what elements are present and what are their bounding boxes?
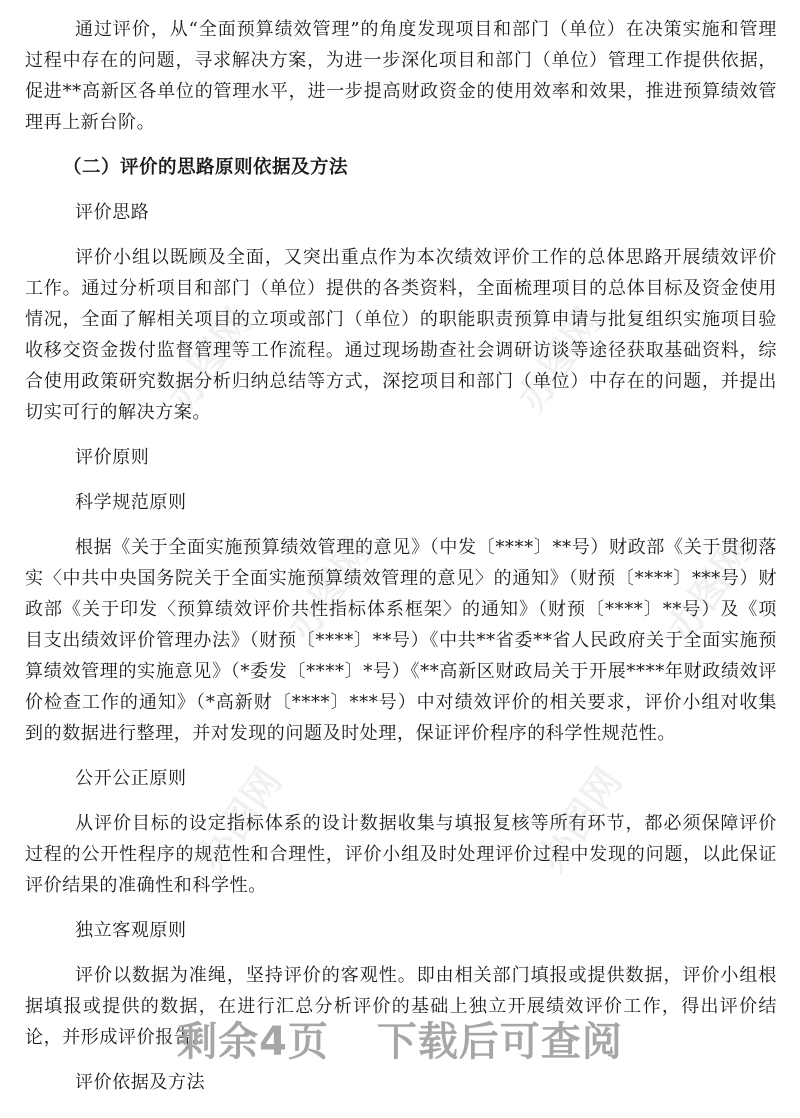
paragraph-scientific-principle: 根据《关于全面实施预算绩效管理的意见》（中发〔****〕**号）财政部《关于贯彻… — [25, 532, 777, 749]
paragraph-fairness-principle: 从评价目标的设定指标体系的设计数据收集与填报复核等所有环节，都必须保障评价过程的… — [25, 808, 777, 901]
subheading-fairness-principle: 公开公正原则 — [25, 763, 777, 794]
download-to-read-more-banner[interactable]: 剩余4页下载后可查阅 — [0, 1010, 800, 1067]
paragraph-evaluation-purpose: 通过评价，从“全面预算绩效管理”的角度发现项目和部门（单位）在决策实施和管理过程… — [25, 14, 777, 138]
remaining-pages-label: 剩余4页 — [177, 1010, 329, 1067]
subheading-evaluation-approach: 评价思路 — [25, 197, 777, 228]
paragraph-evaluation-approach: 评价小组以既顾及全面，又突出重点作为本次绩效评价工作的总体思路开展绩效评价工作。… — [25, 242, 777, 428]
download-prompt-label: 下载后可查阅 — [377, 1010, 623, 1067]
section-heading-approach: （二）评价的思路原则依据及方法 — [25, 152, 777, 183]
subheading-basis-and-methods: 评价依据及方法 — [25, 1067, 777, 1098]
subheading-objectivity-principle: 独立客观原则 — [25, 915, 777, 946]
document-page: 通过评价，从“全面预算绩效管理”的角度发现项目和部门（单位）在决策实施和管理过程… — [25, 14, 777, 1112]
subheading-evaluation-principles: 评价原则 — [25, 442, 777, 473]
subheading-scientific-principle: 科学规范原则 — [25, 487, 777, 518]
